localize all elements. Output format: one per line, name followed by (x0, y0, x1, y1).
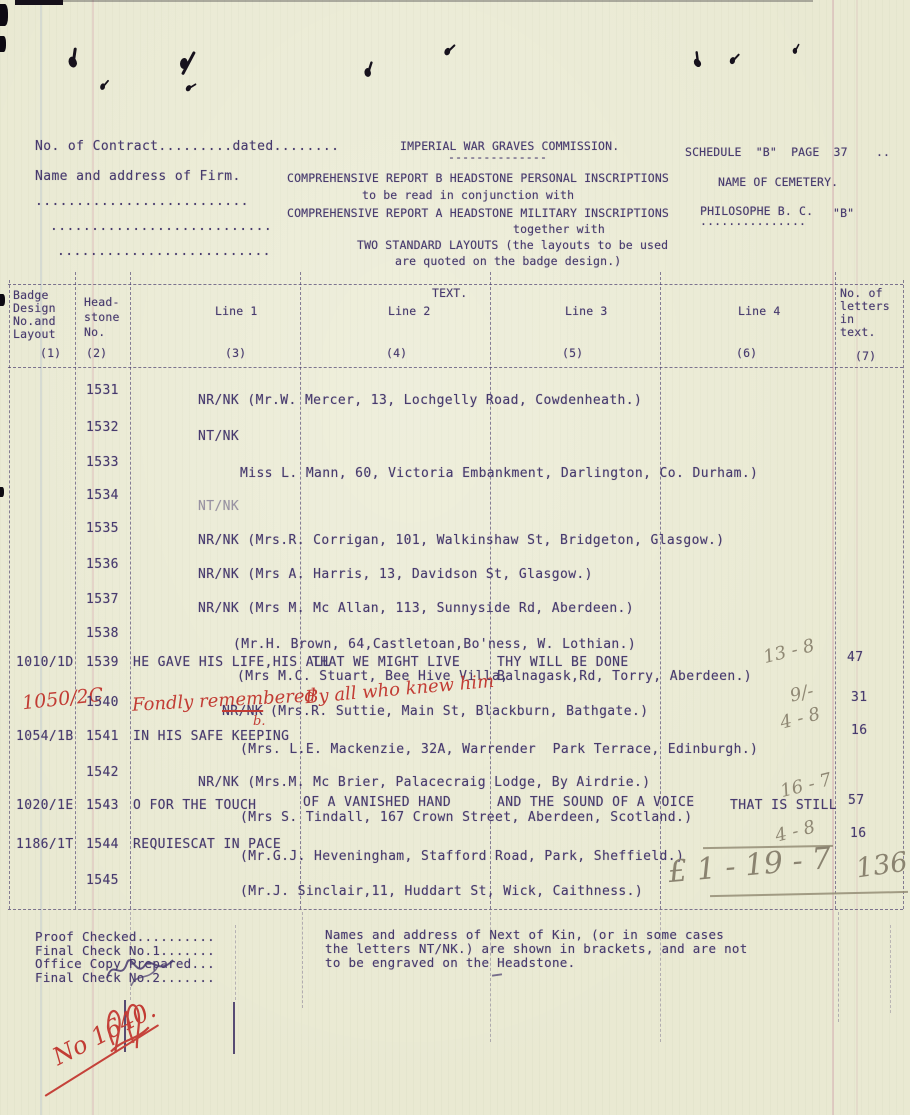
paper-hairline (856, 0, 858, 1115)
next-of-kin: Miss L. Mann, 60, Victoria Embankment, D… (240, 466, 758, 481)
headstone-no: 1537 (86, 592, 119, 607)
next-of-kin: NR/NK (Mr.W. Mercer, 13, Lochgelly Road,… (198, 393, 642, 408)
col-number-2: (2) (86, 346, 107, 361)
col-header-line4: Line 4 (738, 304, 780, 319)
ink-mark (690, 53, 705, 69)
headstone-no: 1539 (86, 655, 119, 670)
headstone-no: 1542 (86, 765, 119, 780)
column-line-continuation (838, 912, 839, 1022)
next-of-kin: NR/NK (Mrs.R. Corrigan, 101, Walkinshaw … (198, 533, 725, 548)
report-line-6: are quoted on the badge design.) (395, 254, 621, 269)
pencil-amount: 13 - 8 (761, 635, 816, 668)
column-line-continuation (235, 925, 236, 1000)
note-line-3: to be engraved on the Headstone. (325, 955, 575, 970)
note-line-1: Names and address of Next of Kin, (or in… (325, 927, 724, 942)
next-of-kin: (Mrs. L.E. Mackenzie, 32A, Warrender Par… (240, 742, 758, 757)
letters-count: 31 (851, 690, 867, 705)
pencil-amount: 9/- (788, 680, 816, 706)
col-header-letters: No. of letters in text. (840, 287, 890, 339)
col-header-line3: Line 3 (565, 304, 607, 319)
inscription-line2: THAT WE MIGHT LIVE (312, 655, 460, 670)
report-line-1: COMPREHENSIVE REPORT B HEADSTONE PERSONA… (287, 171, 669, 186)
col-header-line1: Line 1 (215, 304, 257, 319)
cemetery-dots: ............... (700, 214, 806, 229)
col-number-4: (4) (386, 346, 407, 361)
headstone-no: 1543 (86, 798, 119, 813)
table-border-right (903, 280, 904, 909)
table-border-top (8, 284, 903, 285)
ink-mark (184, 82, 195, 94)
col-number-7: (7) (855, 349, 876, 364)
next-of-kin: (Mrs S. Tindall, 167 Crown Street, Aberd… (240, 810, 692, 825)
headstone-no: 1540 (86, 695, 119, 710)
inscription-line1: O FOR THE TOUCH (133, 798, 256, 813)
scan-edge-mark (0, 487, 4, 497)
col-header-text: TEXT. (432, 286, 467, 301)
next-of-kin: (Mr.J. Sinclair,11, Huddart St, Wick, Ca… (240, 884, 643, 899)
ink-mark (363, 64, 375, 78)
firm-dots-1: .......................... (35, 194, 249, 209)
headstone-no: 1541 (86, 729, 119, 744)
scan-edge-mark (0, 36, 6, 52)
ink-mark (180, 54, 192, 70)
inscription-line3: AND THE SOUND OF A VOICE (497, 795, 694, 810)
next-of-kin: (Mr.H. Brown, 64,Castletoan,Bo'ness, W. … (233, 637, 636, 652)
table-border-left (9, 280, 10, 909)
col-number-5: (5) (562, 346, 583, 361)
headstone-no: 1536 (86, 557, 119, 572)
table-border-header (8, 367, 903, 368)
firm-label: Name and address of Firm. (35, 169, 241, 184)
report-line-2: to be read in conjunction with (362, 188, 574, 203)
badge-cell: 1020/1E (16, 798, 74, 813)
headstone-no: 1538 (86, 626, 119, 641)
next-of-kin: NR/NK (Mrs.M. Mc Brier, Palacecraig Lodg… (198, 775, 650, 790)
table-border-bottom (8, 909, 903, 910)
letters-count: 16 (850, 826, 866, 841)
next-of-kin: NT/NK (198, 499, 239, 514)
ink-mark (492, 973, 502, 976)
next-of-kin: (Mr.G.J. Heveningham, Stafford Road, Par… (240, 849, 684, 864)
next-of-kin: (Mrs.R. Suttie, Main St, Blackburn, Bath… (270, 704, 648, 719)
column-line (835, 272, 836, 909)
scan-edge-mark (15, 0, 63, 5)
note-line-2: the letters NT/NK.) are shown in bracket… (325, 941, 748, 956)
cemetery-label: NAME OF CEMETERY. (718, 175, 838, 190)
headstone-no: 1544 (86, 837, 119, 852)
ink-stroke (233, 1002, 235, 1054)
scan-edge-mark (0, 4, 8, 26)
pencil-total: £ 1 - 19 - 7 (667, 841, 833, 890)
document-page: No. of Contract.........dated........ Na… (0, 0, 910, 1115)
scan-edge-mark (0, 294, 5, 306)
col-number-3: (3) (225, 346, 246, 361)
column-line (130, 272, 131, 909)
org-title-underline: -------------- (448, 150, 547, 165)
inscription-line2: OF A VANISHED HAND (303, 795, 451, 810)
column-line-continuation (302, 912, 303, 1008)
letters-count: 47 (847, 650, 863, 665)
paper-hairline (832, 0, 834, 1115)
letters-total: 136 (854, 847, 909, 885)
headstone-no: 1545 (86, 873, 119, 888)
firm-dots-2: ........................... (50, 219, 272, 234)
headstone-no: 1531 (86, 383, 119, 398)
report-line-5: TWO STANDARD LAYOUTS (the layouts to be … (357, 238, 668, 253)
headstone-no: 1532 (86, 420, 119, 435)
pencil-amount: 4 - 8 (778, 703, 822, 733)
signature-scribble (103, 950, 181, 992)
ink-mark (99, 81, 108, 92)
next-of-kin: Balnagask,Rd, Torry, Aberdeen.) (497, 669, 752, 684)
badge-cell: 1186/1T (16, 837, 74, 852)
badge-cell: 1054/1B (16, 729, 74, 744)
headstone-no: 1535 (86, 521, 119, 536)
ink-mark (66, 50, 83, 69)
col-number-6: (6) (736, 346, 757, 361)
col-header-headstone: Head- stone No. (84, 295, 120, 340)
col-header-badge: Badge Design No.and Layout (13, 289, 56, 341)
schedule-line: SCHEDULE "B" PAGE 37 .. (685, 145, 890, 160)
column-line (75, 272, 76, 909)
next-of-kin: NT/NK (198, 429, 239, 444)
ink-mark (443, 44, 454, 57)
headstone-no: 1533 (86, 455, 119, 470)
ink-mark (793, 46, 800, 55)
scan-edge-mark (63, 0, 813, 2)
report-line-4: together with (513, 222, 605, 237)
next-of-kin: NR/NK (Mrs M. Mc Allan, 113, Sunnyside R… (198, 601, 634, 616)
next-of-kin: NR/NK (Mrs A. Harris, 13, Davidson St, G… (198, 567, 593, 582)
inscription-line3: THY WILL BE DONE (497, 655, 629, 670)
red-correction-mark: b. (253, 714, 265, 729)
firm-dots-3: .......................... (57, 244, 271, 259)
contract-line: No. of Contract.........dated........ (35, 139, 339, 154)
check-line-1: Proof Checked.......... (35, 929, 215, 944)
col-header-line2: Line 2 (388, 304, 430, 319)
badge-cell: 1010/1D (16, 655, 74, 670)
column-line-continuation (890, 925, 891, 1013)
inscription-line1: HE GAVE HIS LIFE,HIS ALL (133, 655, 330, 670)
letters-count: 16 (851, 723, 867, 738)
ink-mark (729, 54, 739, 66)
letters-count: 57 (848, 793, 864, 808)
pencil-total-rule (710, 891, 908, 897)
cemetery-schedule-mark: "B" (833, 206, 854, 221)
report-line-3: COMPREHENSIVE REPORT A HEADSTONE MILITAR… (287, 206, 669, 221)
col-number-1: (1) (40, 346, 61, 361)
headstone-no: 1534 (86, 488, 119, 503)
